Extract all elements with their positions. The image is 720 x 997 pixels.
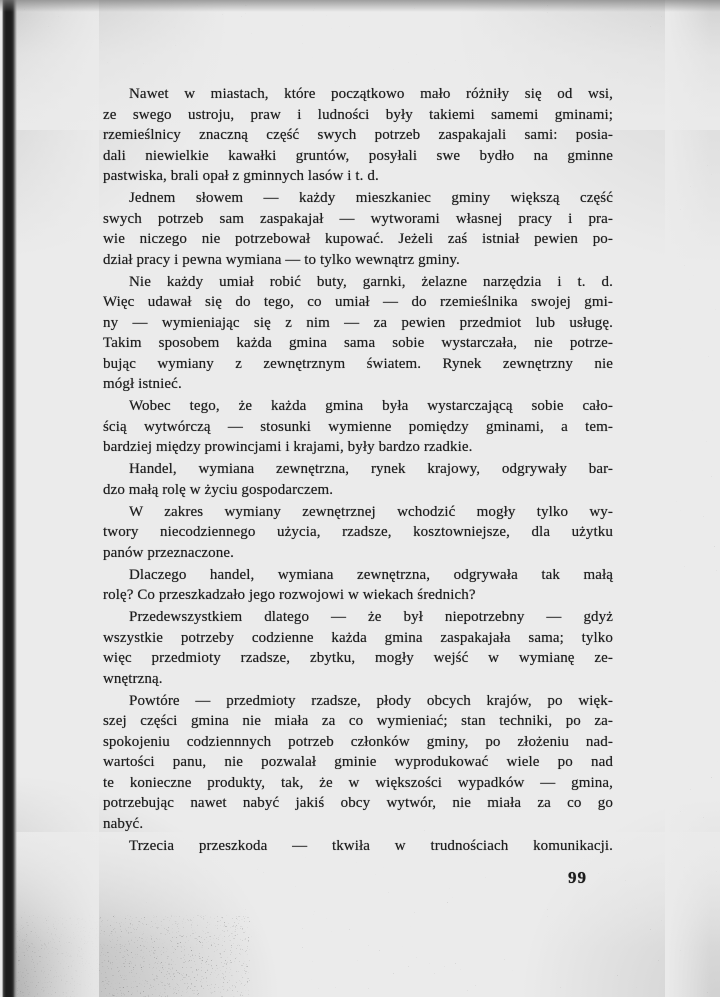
text-line: Więc udawał się do tego, co umiał — do r… (103, 292, 613, 313)
paragraph: W zakres wymiany zewnętrznej wchodzić mo… (103, 502, 613, 564)
page-number: 99 (568, 868, 587, 888)
text-line: twory niecodziennego użycia, rzadsze, ko… (103, 522, 613, 543)
text-line: szej części gmina nie miała za co wymien… (103, 711, 613, 732)
text-line: dali niewielkie kawałki gruntów, posyłal… (103, 146, 613, 167)
text-line: bardziej między prowincjami i krajami, b… (103, 437, 613, 458)
text-line: Przedewszystkiem dlatego — że był niepot… (103, 607, 613, 628)
text-line: mógł istnieć. (103, 374, 613, 395)
text-block: Nawet w miastach, które początkowo mało … (103, 84, 613, 858)
text-line: rzemieślnicy znaczną część swych potrzeb… (103, 125, 613, 146)
text-line: wnętrzną. (103, 669, 613, 690)
text-line: pastwiska, brali opał z gminnych lasów i… (103, 166, 613, 187)
text-line: panów przeznaczone. (103, 543, 613, 564)
text-line: Nawet w miastach, które początkowo mało … (103, 84, 613, 105)
text-line: Nie każdy umiał robić buty, garnki, żela… (103, 272, 613, 293)
paragraph: Handel, wymiana zewnętrzna, rynek krajow… (103, 459, 613, 500)
scan-fade-left (14, 0, 99, 997)
text-line: ny — wymieniając się z nim — za pewien p… (103, 313, 613, 334)
book-gutter-edge (0, 0, 18, 997)
text-line: ze swego ustroju, praw i ludności były t… (103, 105, 613, 126)
text-line: dzo małą rolę w życiu gospodarczem. (103, 480, 613, 501)
paragraph: Trzecia przeszkoda — tkwiła w trudnościa… (103, 836, 613, 857)
text-line: Jednem słowem — każdy mieszkaniec gminy … (103, 188, 613, 209)
text-line: Handel, wymiana zewnętrzna, rynek krajow… (103, 459, 613, 480)
text-line: spokojeniu codziennnych potrzeb członków… (103, 732, 613, 753)
text-line: Trzecia przeszkoda — tkwiła w trudnościa… (103, 836, 613, 857)
paragraph: Wobec tego, że każda gmina była wystarcz… (103, 396, 613, 458)
paragraph: Dlaczego handel, wymiana zewnętrzna, odg… (103, 565, 613, 606)
text-line: bując wymiany z zewnętrznym światem. Ryn… (103, 354, 613, 375)
text-line: rolę? Co przeszkadzało jego rozwojowi w … (103, 585, 613, 606)
scanned-book-page: Nawet w miastach, które początkowo mało … (0, 0, 720, 997)
text-line: wie niczego nie potrzebował kupować. Jeż… (103, 229, 613, 250)
text-line: W zakres wymiany zewnętrznej wchodzić mo… (103, 502, 613, 523)
text-line: swych potrzeb sam zaspakajał — wytworami… (103, 209, 613, 230)
text-line: nabyć. (103, 814, 613, 835)
text-line: potrzebując nawet nabyć jakiś obcy wytwó… (103, 793, 613, 814)
text-line: Powtóre — przedmioty rzadsze, płody obcy… (103, 691, 613, 712)
paragraph: Nawet w miastach, które początkowo mało … (103, 84, 613, 187)
text-line: Wobec tego, że każda gmina była wystarcz… (103, 396, 613, 417)
text-line: wszystkie potrzeby codzienne każda gmina… (103, 628, 613, 649)
paragraph: Przedewszystkiem dlatego — że był niepot… (103, 607, 613, 689)
scan-fade-right (665, 0, 720, 997)
text-line: Takim sposobem każda gmina sama sobie wy… (103, 333, 613, 354)
text-line: wartości panu, nie pozwalał gminie wypro… (103, 752, 613, 773)
text-line: więc przedmioty rzadsze, zbytku, mogły w… (103, 648, 613, 669)
paragraph: Jednem słowem — każdy mieszkaniec gminy … (103, 188, 613, 270)
paragraph: Powtóre — przedmioty rzadsze, płody obcy… (103, 691, 613, 835)
text-line: Dlaczego handel, wymiana zewnętrzna, odg… (103, 565, 613, 586)
text-line: ścią wytwórczą — stosunki wymienne pomię… (103, 417, 613, 438)
text-line: dział pracy i pewna wymiana — to tylko w… (103, 250, 613, 271)
text-line: te konieczne produkty, tak, że w większo… (103, 773, 613, 794)
scan-top-edge (0, 0, 720, 12)
paragraph: Nie każdy umiał robić buty, garnki, żela… (103, 272, 613, 395)
